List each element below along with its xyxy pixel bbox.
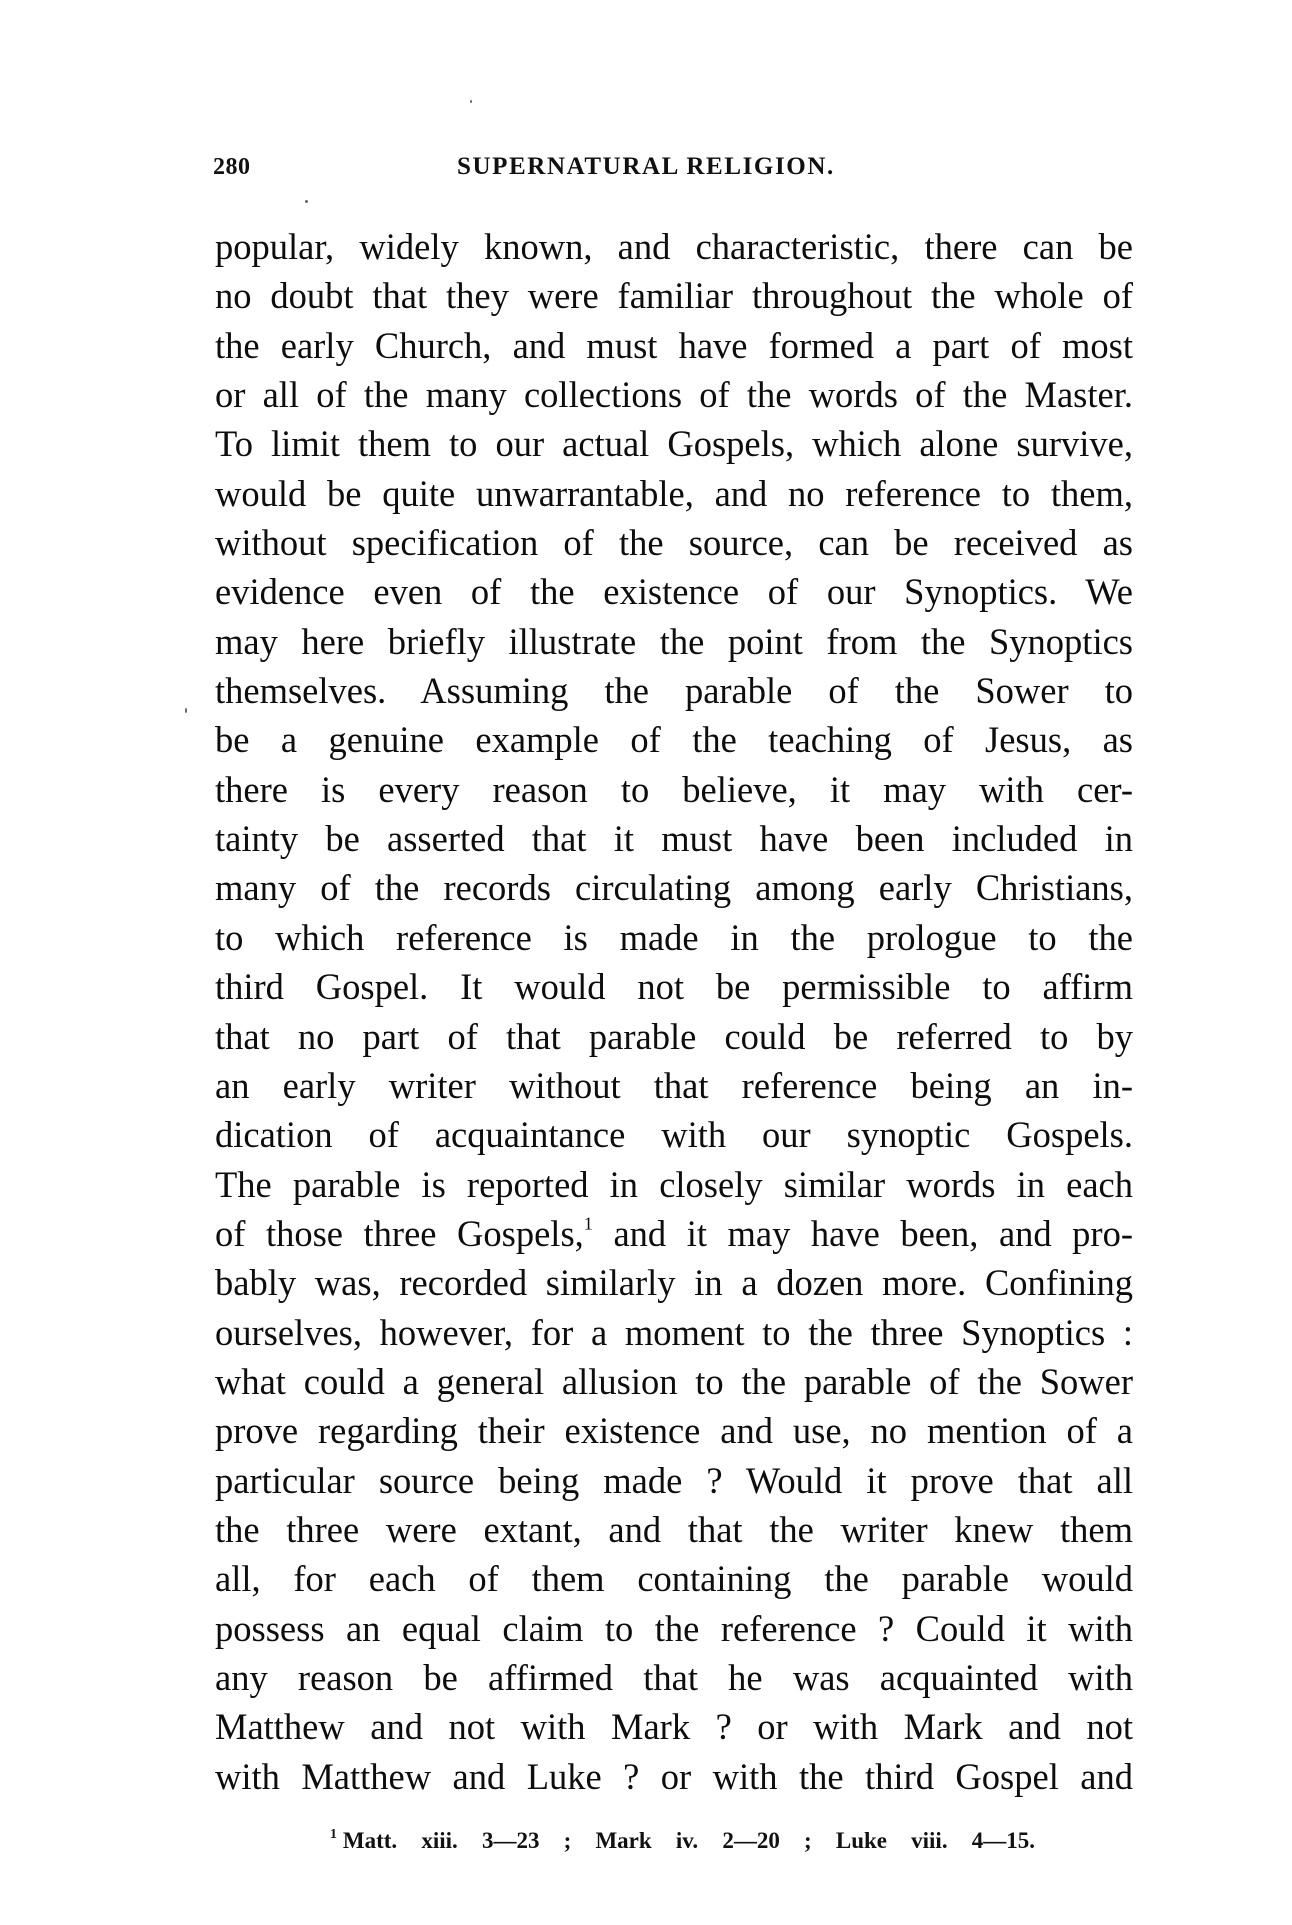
- text-line: without specification of the source, can…: [215, 518, 1133, 567]
- running-title: SUPERNATURAL RELIGION.: [457, 152, 835, 182]
- scan-speck: [305, 200, 308, 203]
- text-line: no doubt that they were familiar through…: [215, 271, 1133, 320]
- footnote-reference[interactable]: 1: [584, 1213, 593, 1233]
- text-line: bably was, recorded similarly in a dozen…: [215, 1258, 1133, 1307]
- text-line: that no part of that parable could be re…: [215, 1012, 1133, 1061]
- text-line: may here briefly illustrate the point fr…: [215, 617, 1133, 666]
- text-line: themselves. Assuming the parable of the …: [215, 666, 1133, 715]
- footnote-marker: 1: [330, 1826, 337, 1841]
- text-line: any reason be affirmed that he was acqua…: [215, 1653, 1133, 1702]
- text-line: an early writer without that reference b…: [215, 1061, 1133, 1110]
- text-line: possess an equal claim to the reference …: [215, 1604, 1133, 1653]
- scan-speck: [185, 708, 187, 713]
- text-line: would be quite unwarrantable, and no ref…: [215, 469, 1133, 518]
- text-line: there is every reason to believe, it may…: [215, 765, 1133, 814]
- text-line: all, for each of them containing the par…: [215, 1554, 1133, 1603]
- text-line-with-footnote-ref: of those three Gospels,1 and it may have…: [215, 1209, 1133, 1258]
- text-line: be a genuine example of the teaching of …: [215, 715, 1133, 764]
- text-line: popular, widely known, and characteristi…: [215, 222, 1133, 271]
- book-page: 280 SUPERNATURAL RELIGION. popular, wide…: [0, 0, 1292, 1925]
- text-line: Matthew and not with Mark ? or with Mark…: [215, 1702, 1133, 1751]
- text-line: The parable is reported in closely simil…: [215, 1160, 1133, 1209]
- text-segment: of those three Gospels,: [215, 1213, 584, 1254]
- text-line: to which reference is made in the prolog…: [215, 913, 1133, 962]
- text-line: ourselves, however, for a moment to the …: [215, 1308, 1133, 1357]
- body-text: popular, widely known, and characteristi…: [215, 222, 1133, 1801]
- text-line: third Gospel. It would not be permissibl…: [215, 962, 1133, 1011]
- text-line: the early Church, and must have formed a…: [215, 321, 1133, 370]
- footnote-text: Matt. xiii. 3—23 ; Mark iv. 2—20 ; Luke …: [343, 1828, 1035, 1853]
- footnote: 1Matt. xiii. 3—23 ; Mark iv. 2—20 ; Luke…: [330, 1826, 1035, 1856]
- text-line: tainty be asserted that it must have bee…: [215, 814, 1133, 863]
- scan-speck: [470, 100, 472, 103]
- text-line: evidence even of the existence of our Sy…: [215, 567, 1133, 616]
- text-line: or all of the many collections of the wo…: [215, 370, 1133, 419]
- text-line: particular source being made ? Would it …: [215, 1456, 1133, 1505]
- text-line: what could a general allusion to the par…: [215, 1357, 1133, 1406]
- text-segment: and it may have been, and pro-: [593, 1213, 1133, 1254]
- text-line: with Matthew and Luke ? or with the thir…: [215, 1752, 1133, 1801]
- page-number: 280: [213, 152, 251, 182]
- text-line: many of the records circulating among ea…: [215, 863, 1133, 912]
- text-line: To limit them to our actual Gospels, whi…: [215, 419, 1133, 468]
- running-head: 280 SUPERNATURAL RELIGION.: [213, 152, 1133, 182]
- text-line: prove regarding their existence and use,…: [215, 1406, 1133, 1455]
- text-line: dication of acquaintance with our synopt…: [215, 1110, 1133, 1159]
- text-line: the three were extant, and that the writ…: [215, 1505, 1133, 1554]
